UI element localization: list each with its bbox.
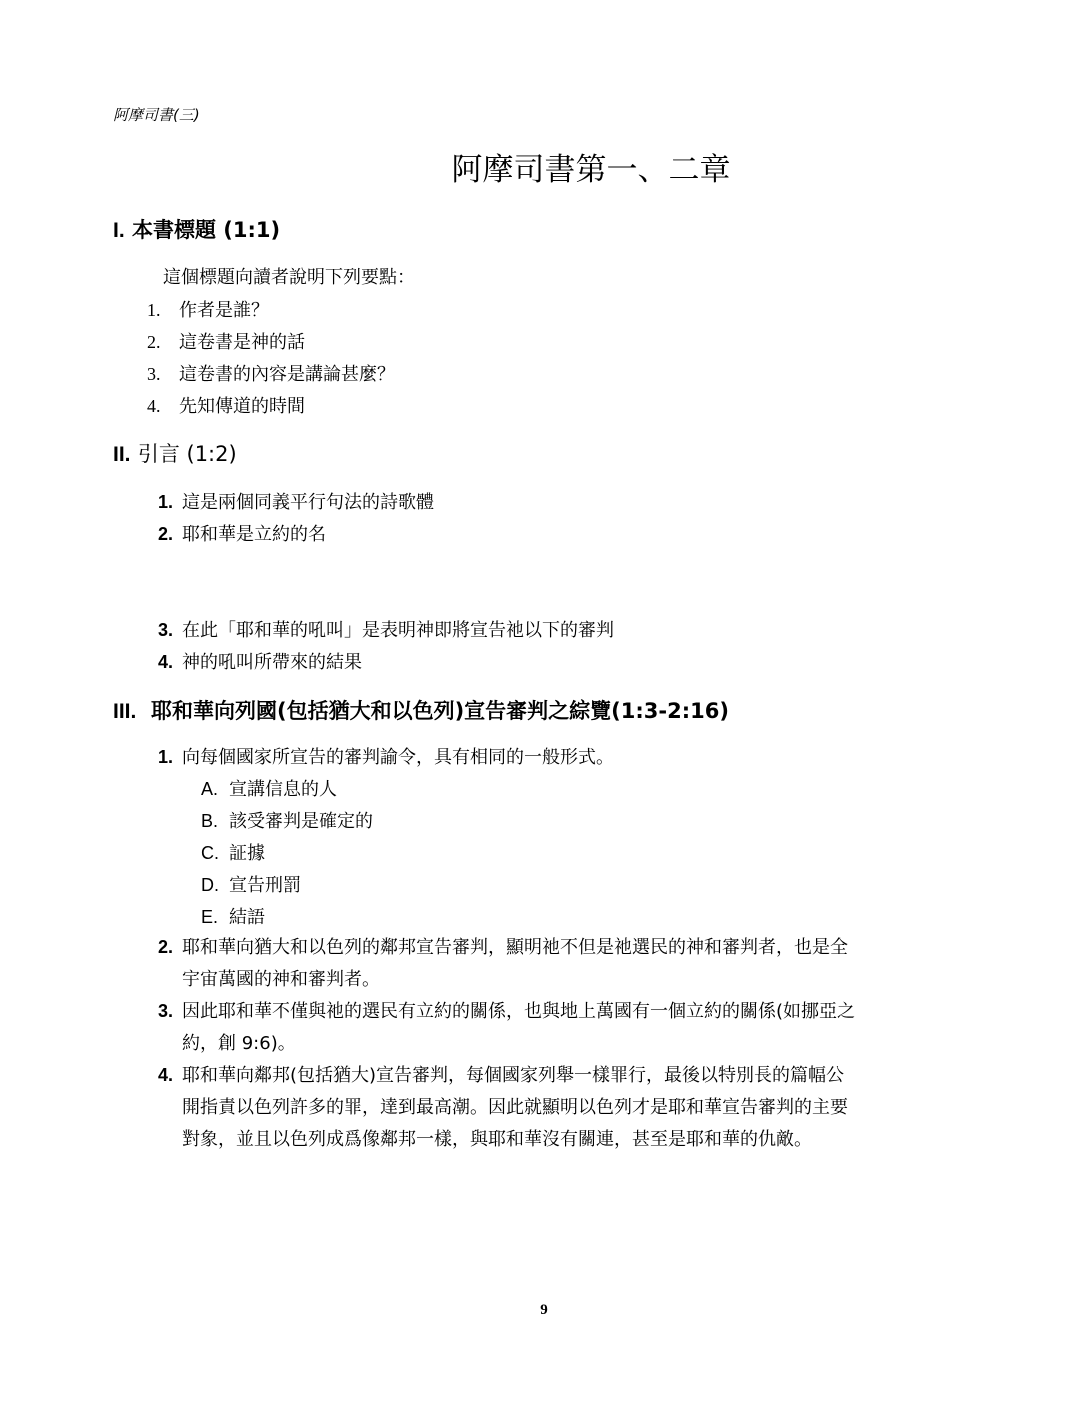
list-item: 1.作者是誰？: [147, 296, 269, 322]
document-title: 阿摩司書第一、二章: [0, 144, 1088, 189]
page-number: 9: [0, 1302, 1088, 1319]
list-item: 4.神的吼叫所帶來的結果: [158, 648, 362, 674]
list-item: 2.耶和華是立約的名: [158, 520, 326, 546]
section-number: III.: [113, 700, 136, 723]
section-intro: 這個標題向讀者說明下列要點：: [163, 263, 415, 289]
section-heading-1: I. 本書標題 (1:1): [113, 214, 280, 244]
list-item: 4.先知傳道的時間: [147, 392, 305, 418]
list-item: 1.這是兩個同義平行句法的詩歌體: [158, 488, 434, 514]
list-item: 3.在此「耶和華的吼叫」是表明神即將宣告祂以下的審判: [158, 616, 614, 642]
list-item: 1.向每個國家所宣告的審判諭令，具有相同的一般形式。: [158, 743, 614, 769]
list-item: 2.這卷書是神的話: [147, 328, 305, 354]
section-heading-2: II. 引言 (1:2): [113, 438, 237, 468]
paragraph-item: 4.耶和華向鄰邦(包括猶大)宣告審判，每個國家列舉一樣罪行，最後以特別長的篇幅公…: [158, 1059, 988, 1156]
section-title: 引言 (1:2): [138, 442, 237, 466]
sub-list-item: A.宣講信息的人: [201, 775, 337, 801]
section-title: 本書標題 (1:1): [132, 218, 280, 242]
paragraph-item: 2.耶和華向猶大和以色列的鄰邦宣告審判，顯明祂不但是祂選民的神和審判者，也是全 …: [158, 931, 988, 996]
sub-list-item: D.宣告刑罰: [201, 871, 301, 897]
list-item: 3.這卷書的內容是講論甚麼？: [147, 360, 395, 386]
sub-list-item: C.証據: [201, 839, 265, 865]
section-heading-3: III. 耶和華向列國(包括猶大和以色列)宣告審判之綜覽(1:3-2:16): [113, 695, 729, 725]
paragraph-item: 3.因此耶和華不僅與祂的選民有立約的關係，也與地上萬國有一個立約的關係(如挪亞之…: [158, 995, 988, 1060]
running-header: 阿摩司書(三): [113, 104, 200, 125]
section-number: I.: [113, 219, 125, 242]
section-title: 耶和華向列國(包括猶大和以色列)宣告審判之綜覽(1:3-2:16): [151, 699, 729, 723]
sub-list-item: B.該受審判是確定的: [201, 807, 373, 833]
section-number: II.: [113, 443, 131, 466]
sub-list-item: E.結語: [201, 903, 265, 929]
